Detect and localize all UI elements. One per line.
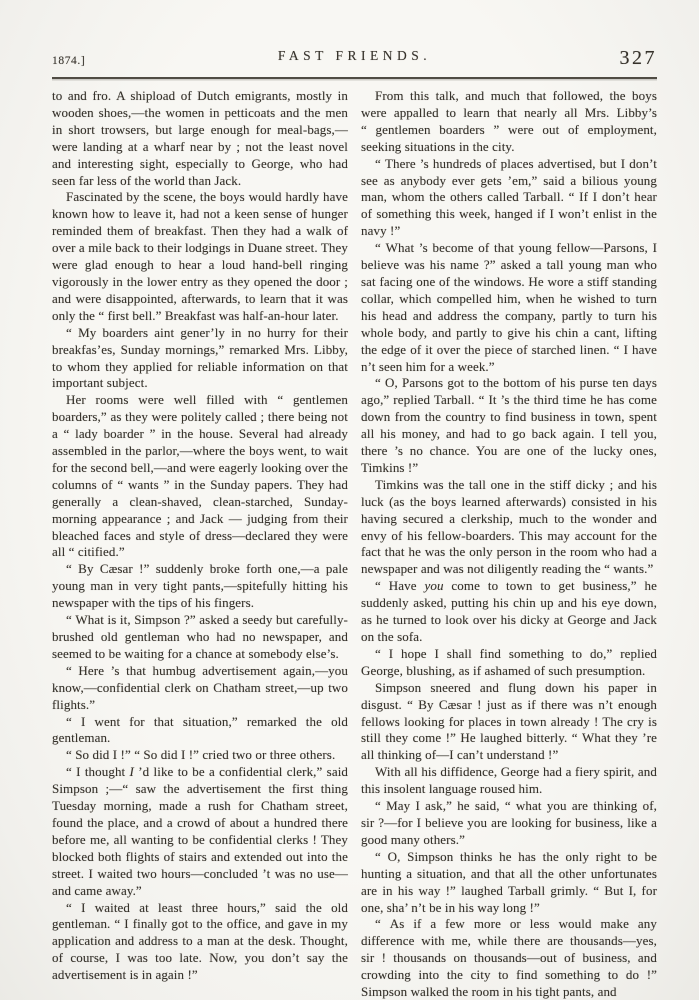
paragraph: “ My boarders aint gener’ly in no hurry …: [52, 325, 348, 393]
text-run: “ By Cæsar !” suddenly broke forth one,—…: [52, 561, 348, 610]
text-run: Timkins was the tall one in the stiff di…: [361, 477, 657, 577]
left-column: to and fro. A shipload of Dutch emigrant…: [52, 88, 348, 1000]
paragraph: From this talk, and much that followed, …: [361, 88, 657, 156]
book-page: 1874.] FAST FRIENDS. 327 to and fro. A s…: [0, 0, 699, 1000]
paragraph: “ I thought I ’d like to be a confidenti…: [52, 764, 348, 899]
text-run: “ There ’s hundreds of places advertised…: [361, 156, 657, 239]
text-run: “ O, Simpson thinks he has the only righ…: [361, 849, 657, 915]
page-header: 1874.] FAST FRIENDS. 327: [52, 48, 657, 74]
paragraph: “ O, Simpson thinks he has the only righ…: [361, 849, 657, 917]
paragraph: “ Here ’s that humbug advertisement agai…: [52, 663, 348, 714]
paragraph: With all his diffidence, George had a fi…: [361, 764, 657, 798]
paragraph: “ May I ask,” he said, “ what you are th…: [361, 798, 657, 849]
paragraph: “ I hope I shall find something to do,” …: [361, 646, 657, 680]
text-run: “ Here ’s that humbug advertisement agai…: [52, 663, 348, 712]
text-run: “ I waited at least three hours,” said t…: [52, 900, 348, 983]
right-column: From this talk, and much that followed, …: [361, 88, 657, 1000]
running-title: FAST FRIENDS.: [52, 48, 657, 64]
text-run: “ What ’s become of that young fellow—Pa…: [361, 240, 657, 373]
paragraph: “ By Cæsar !” suddenly broke forth one,—…: [52, 561, 348, 612]
paragraph: “ I waited at least three hours,” said t…: [52, 900, 348, 985]
text-run: With all his diffidence, George had a fi…: [361, 764, 657, 796]
text-run: From this talk, and much that followed, …: [361, 88, 657, 154]
text-run: Simpson sneered and flung down his paper…: [361, 680, 657, 763]
paragraph: “ Have you come to town to get business,…: [361, 578, 657, 646]
text-run: ’d like to be a confidential clerk,” sai…: [52, 764, 348, 897]
text-run: “ What is it, Simpson ?” asked a seedy b…: [52, 612, 348, 661]
paragraph: “ What ’s become of that young fellow—Pa…: [361, 240, 657, 375]
italic-text-run: you: [424, 578, 443, 593]
paragraph: Timkins was the tall one in the stiff di…: [361, 477, 657, 578]
text-run: “ May I ask,” he said, “ what you are th…: [361, 798, 657, 847]
paragraph: “ As if a few more or less would make an…: [361, 916, 657, 1000]
text-columns: to and fro. A shipload of Dutch emigrant…: [52, 88, 657, 1000]
paragraph: “ There ’s hundreds of places advertised…: [361, 156, 657, 241]
paragraph: Simpson sneered and flung down his paper…: [361, 680, 657, 765]
paragraph: “ So did I !” “ So did I !” cried two or…: [52, 747, 348, 764]
paragraph: “ I went for that situation,” remarked t…: [52, 714, 348, 748]
paragraph: Fascinated by the scene, the boys would …: [52, 189, 348, 324]
paragraph: “ O, Parsons got to the bottom of his pu…: [361, 375, 657, 476]
paragraph: “ What is it, Simpson ?” asked a seedy b…: [52, 612, 348, 663]
text-run: “ So did I !” “ So did I !” cried two or…: [66, 747, 335, 762]
text-run: “ As if a few more or less would make an…: [361, 916, 657, 999]
text-run: “ Have: [375, 578, 424, 593]
text-run: to and fro. A shipload of Dutch emigrant…: [52, 88, 348, 188]
text-run: Fascinated by the scene, the boys would …: [52, 189, 348, 322]
text-run: “ My boarders aint gener’ly in no hurry …: [52, 325, 348, 391]
text-run: “ I went for that situation,” remarked t…: [52, 714, 348, 746]
header-rule: [52, 77, 657, 79]
text-run: Her rooms were well filled with “ gentle…: [52, 392, 348, 559]
text-run: “ I hope I shall find something to do,” …: [361, 646, 657, 678]
text-run: “ O, Parsons got to the bottom of his pu…: [361, 375, 657, 475]
text-run: “ I thought: [66, 764, 130, 779]
paragraph: to and fro. A shipload of Dutch emigrant…: [52, 88, 348, 189]
paragraph: Her rooms were well filled with “ gentle…: [52, 392, 348, 561]
